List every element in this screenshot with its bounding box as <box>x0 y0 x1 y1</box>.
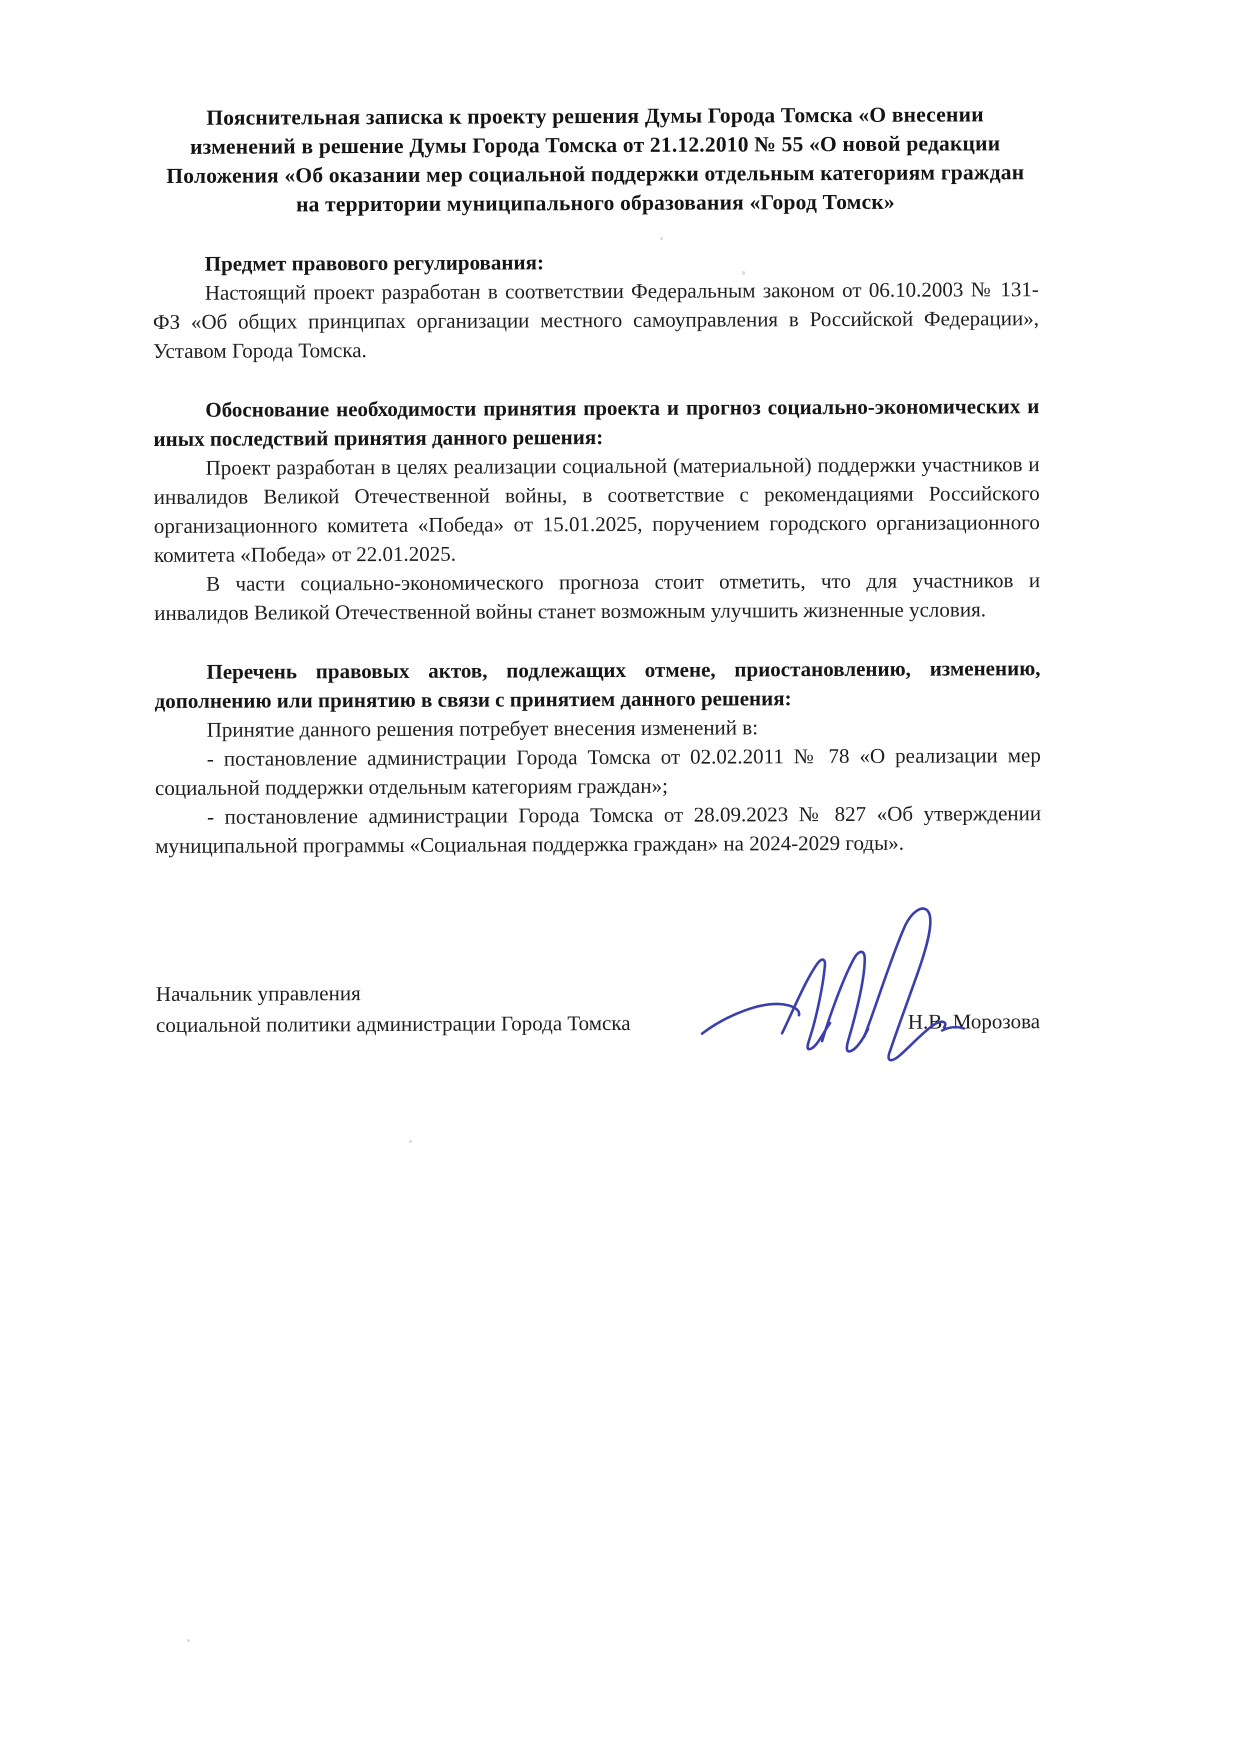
section-acts-intro: Принятие данного решения потребует внесе… <box>155 712 1041 745</box>
signatory-position-line-2: социальной политики администрации Города… <box>156 1008 631 1041</box>
scanned-document-page: Пояснительная записка к проекту решения … <box>0 0 1240 1753</box>
scan-speck <box>660 237 663 240</box>
signatory-name: Н.В. Морозова <box>908 1006 1042 1038</box>
section-acts-item-1: - постановление администрации Города Том… <box>155 741 1041 803</box>
scan-speck <box>742 271 745 275</box>
scan-speck <box>187 1639 190 1642</box>
signatory-position-line-1: Начальник управления <box>156 977 631 1010</box>
section-subject-heading: Предмет правового регулирования: <box>153 246 1039 279</box>
section-justification-heading: Обоснование необходимости принятия проек… <box>153 392 1039 454</box>
section-justification-paragraph-2: В части социально-экономического прогноз… <box>154 566 1040 628</box>
section-acts-heading: Перечень правовых актов, подлежащих отме… <box>154 654 1040 716</box>
section-justification-paragraph-1: Проект разработан в целях реализации соц… <box>154 450 1040 570</box>
signature-stroke-flourish <box>702 1004 799 1034</box>
section-justification: Обоснование необходимости принятия проек… <box>153 392 1040 628</box>
signature-stroke-letters <box>782 952 868 1052</box>
document-body: Пояснительная записка к проекту решения … <box>152 100 1042 1041</box>
handwritten-signature-ink <box>695 900 1016 1066</box>
signature-block: Начальник управления социальной политики… <box>156 975 1042 1041</box>
section-acts-item-2: - постановление администрации Города Том… <box>155 799 1041 861</box>
section-subject: Предмет правового регулирования: Настоящ… <box>153 246 1039 366</box>
document-title: Пояснительная записка к проекту решения … <box>152 100 1038 220</box>
section-acts-list: Перечень правовых актов, подлежащих отме… <box>154 654 1041 861</box>
signatory-position: Начальник управления социальной политики… <box>156 977 631 1041</box>
section-subject-paragraph: Настоящий проект разработан в соответств… <box>153 275 1039 366</box>
scan-speck <box>409 1140 412 1143</box>
